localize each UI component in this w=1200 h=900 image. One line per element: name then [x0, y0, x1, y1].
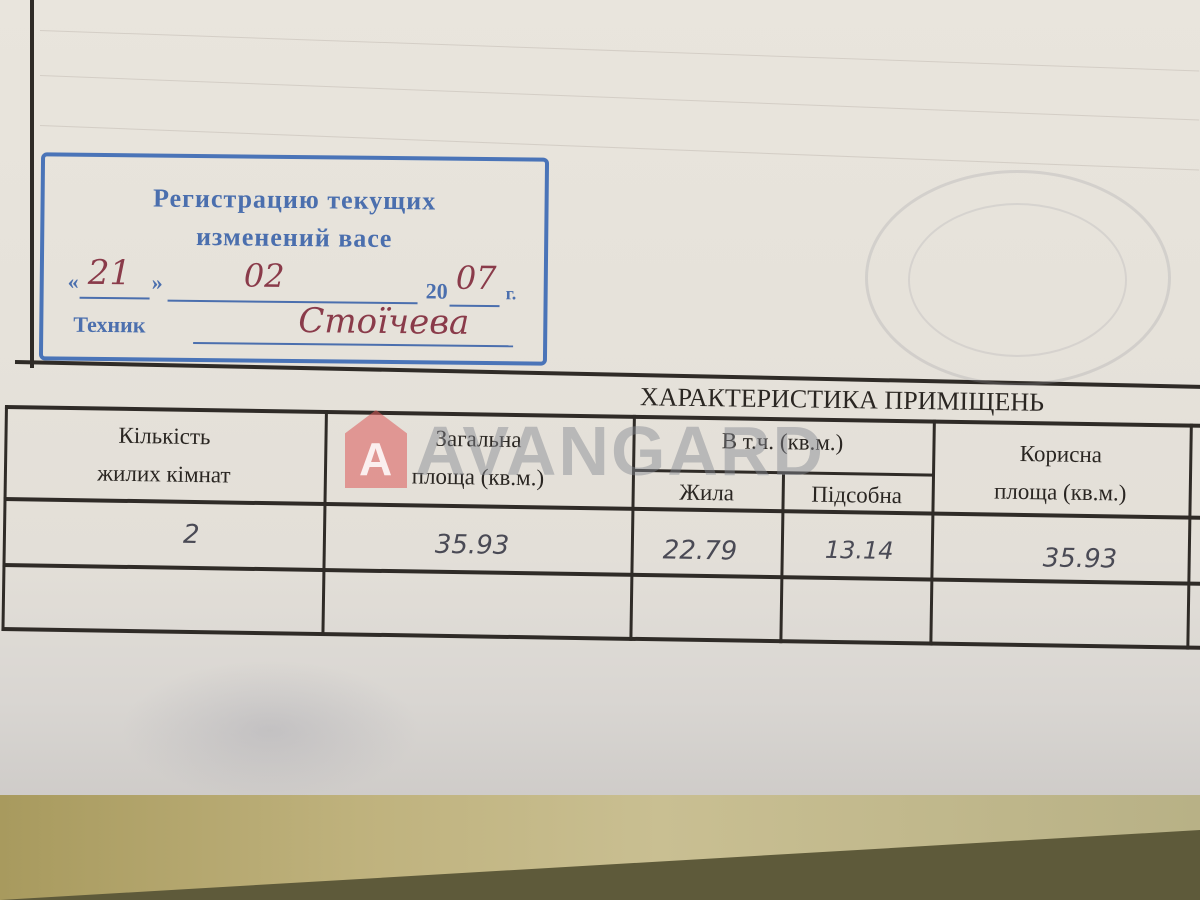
faded-round-seal [865, 170, 1171, 386]
header-including: В т.ч. (кв.м.) [632, 421, 933, 464]
header-auxiliary: Підсобна [781, 475, 932, 515]
cell-rooms: 2 [183, 520, 200, 550]
cell-total-area: 35.93 [435, 530, 510, 561]
header-rooms-line2: жилих кімнат [4, 453, 325, 496]
stamp-day: 21 [88, 253, 132, 293]
technician-label: Техник [73, 312, 145, 339]
header-useful-area: Корисна площа (кв.м.) [931, 434, 1189, 514]
form-left-border [30, 0, 34, 368]
stamp-year-suffix: 07 [456, 259, 497, 297]
registration-stamp: Регистрацию текущих изменений вaсe « 21 … [39, 152, 549, 365]
faint-ruling [40, 30, 1199, 71]
cell-living-area: 22.79 [663, 535, 738, 566]
stamp-quote-open: « [68, 269, 79, 295]
header-useful-line2: площа (кв.м.) [931, 472, 1189, 514]
stamp-year-unit: г. [506, 283, 517, 304]
header-useful-line1: Корисна [932, 434, 1190, 476]
stamp-quote-close: » [152, 270, 163, 296]
table-rule [2, 563, 1200, 586]
header-rooms-line1: Кількість [4, 415, 325, 458]
premises-table: Кількість жилих кімнат Загальна площа (к… [1, 405, 1200, 664]
stamp-line-2: изменений вaсe [44, 220, 544, 255]
stamp-month: 02 [244, 256, 285, 294]
header-living: Жила [631, 473, 782, 513]
header-total-area: Загальна площа (кв.м.) [324, 418, 633, 499]
cell-useful-area: 35.93 [1042, 543, 1117, 574]
cell-auxiliary-area: 13.14 [825, 536, 894, 565]
technician-signature: Стоїчева [298, 301, 469, 343]
table-border [1, 627, 1200, 650]
day-underline [80, 297, 150, 300]
header-total-line2: площа (кв.м.) [324, 456, 633, 499]
header-rooms: Кількість жилих кімнат [4, 415, 325, 496]
page-shadow [120, 660, 420, 800]
header-total-line1: Загальна [324, 418, 633, 461]
stamp-year-prefix: 20 [426, 278, 448, 304]
faint-ruling [40, 75, 1199, 121]
section-title: ХАРАКТЕРИСТИКА ПРИМІЩЕНЬ [640, 382, 1044, 418]
stamp-line-1: Регистрацию текущих [44, 182, 544, 217]
